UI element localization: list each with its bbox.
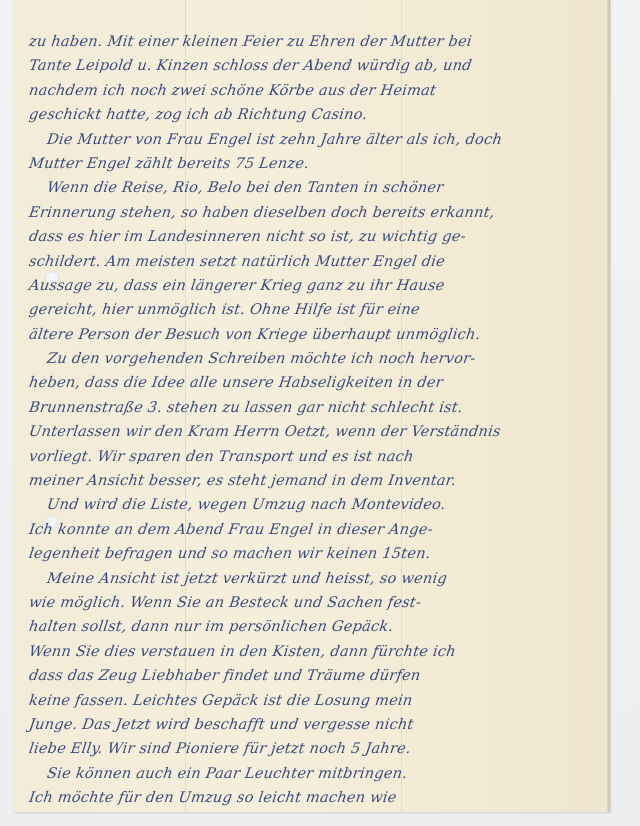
handwritten-line: halten sollst, dann nur im persönlichen … bbox=[27, 615, 605, 639]
handwritten-line: legenheit befragen und so machen wir kei… bbox=[27, 542, 605, 566]
handwritten-line: gereicht, hier unmöglich ist. Ohne Hilfe… bbox=[27, 298, 605, 322]
letter-page: zu haben. Mit einer kleinen Feier zu Ehr… bbox=[13, 0, 610, 812]
handwritten-line: Erinnerung stehen, so haben dieselben do… bbox=[27, 201, 605, 225]
handwritten-line: Brunnenstraße 3. stehen zu lassen gar ni… bbox=[27, 396, 605, 420]
handwritten-line: Unterlassen wir den Kram Herrn Oetzt, we… bbox=[27, 420, 605, 444]
handwritten-text: zu haben. Mit einer kleinen Feier zu Ehr… bbox=[29, 30, 604, 811]
handwritten-line: ältere Person der Besuch von Kriege über… bbox=[27, 323, 605, 347]
handwritten-line: wie möglich. Wenn Sie an Besteck und Sac… bbox=[27, 591, 605, 615]
handwritten-line: meiner Ansicht besser, es steht jemand i… bbox=[27, 469, 605, 493]
handwritten-line: Sie können auch ein Paar Leuchter mitbri… bbox=[27, 762, 605, 786]
handwritten-line: liebe Elly. Wir sind Pioniere für jetzt … bbox=[27, 737, 605, 761]
handwritten-line: zu haben. Mit einer kleinen Feier zu Ehr… bbox=[27, 30, 605, 54]
handwritten-line: Ich möchte für den Umzug so leicht mache… bbox=[27, 786, 605, 810]
handwritten-line: dass es hier im Landesinneren nicht so i… bbox=[27, 225, 605, 249]
handwritten-line: Junge. Das Jetzt wird beschafft und verg… bbox=[27, 713, 605, 737]
handwritten-line: Wenn Sie dies verstauen in den Kisten, d… bbox=[27, 640, 605, 664]
handwritten-line: nachdem ich noch zwei schöne Körbe aus d… bbox=[27, 79, 605, 103]
handwritten-line: schildert. Am meisten setzt natürlich Mu… bbox=[27, 250, 605, 274]
handwritten-line: Meine Ansicht ist jetzt verkürzt und hei… bbox=[27, 567, 605, 591]
handwritten-line: Und wird die Liste, wegen Umzug nach Mon… bbox=[27, 493, 605, 517]
handwritten-line: Tante Leipold u. Kinzen schloss der Aben… bbox=[27, 54, 605, 78]
handwritten-line: keine fassen. Leichtes Gepäck ist die Lo… bbox=[27, 689, 605, 713]
handwritten-line: Aussage zu, dass ein längerer Krieg ganz… bbox=[27, 274, 605, 298]
handwritten-line: Wenn die Reise, Rio, Belo bei den Tanten… bbox=[27, 176, 605, 200]
handwritten-line: Ich konnte an dem Abend Frau Engel in di… bbox=[27, 518, 605, 542]
handwritten-line: vorliegt. Wir sparen den Transport und e… bbox=[27, 445, 605, 469]
handwritten-line: Zu den vorgehenden Schreiben möchte ich … bbox=[27, 347, 605, 371]
handwritten-line: heben, dass die Idee alle unsere Habseli… bbox=[27, 371, 605, 395]
handwritten-line: Mutter Engel zählt bereits 75 Lenze. bbox=[27, 152, 605, 176]
handwritten-line: geschickt hatte, zog ich ab Richtung Cas… bbox=[27, 103, 605, 127]
handwritten-line: Die Mutter von Frau Engel ist zehn Jahre… bbox=[27, 128, 605, 152]
handwritten-line: dass das Zeug Liebhaber findet und Träum… bbox=[27, 664, 605, 688]
